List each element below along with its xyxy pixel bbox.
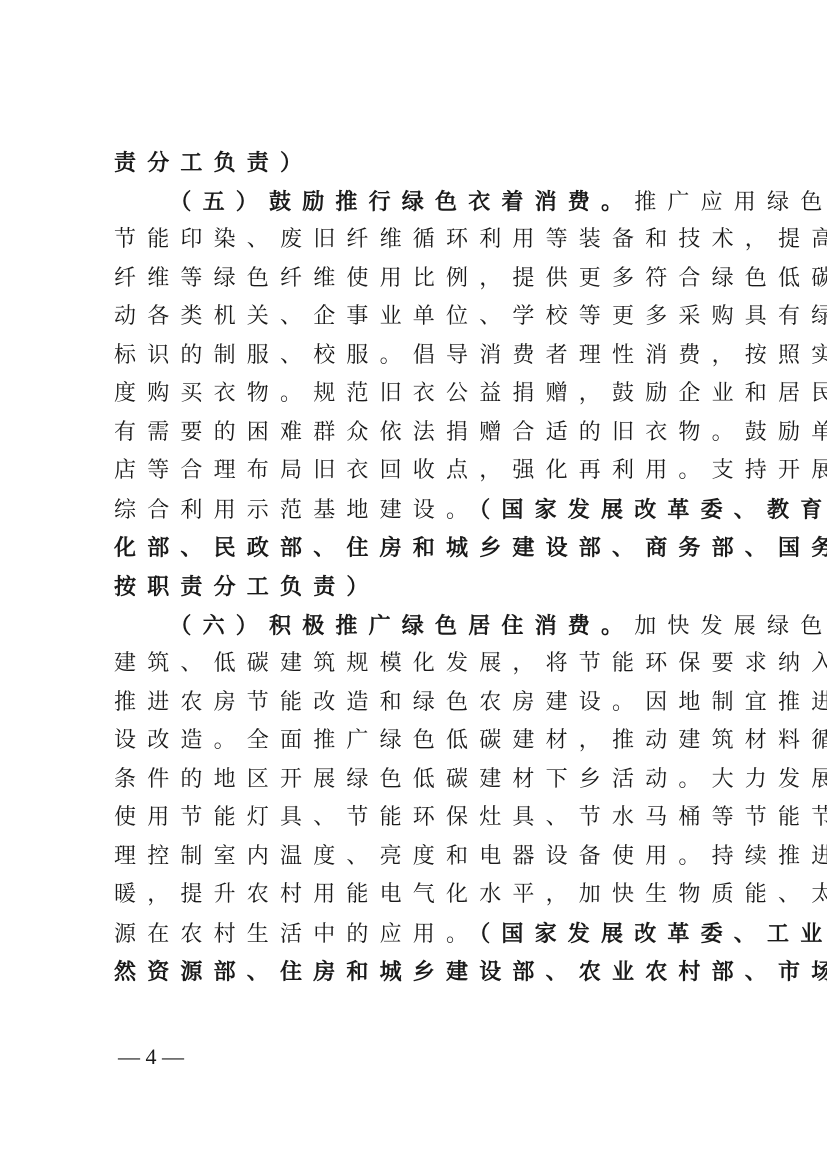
text-line: 有需要的困难群众依法捐赠合适的旧衣物。鼓励单位、小区、服装	[114, 414, 714, 453]
heading-run: （五）鼓励推行绿色衣着消费。	[114, 189, 634, 215]
text-run: 度购买衣物。规范旧衣公益捐赠，鼓励企业和居民通过慈善组织向	[114, 381, 827, 406]
text-run: 暖，提升农村用能电气化水平，加快生物质能、太阳能等可再生能	[114, 882, 827, 907]
text-run: 源在农村生活中的应用。	[114, 922, 479, 947]
heading-run: （六）积极推广绿色居住消费。	[114, 613, 634, 639]
text-line: 然资源部、住房和城乡建设部、农业农村部、市场监管总局、国家	[114, 953, 714, 992]
text-run: 节能印染、废旧纤维循环利用等装备和技术，提高循环再利用化学	[114, 227, 827, 252]
responsibility-run: 化部、民政部、住房和城乡建设部、商务部、国务院国资委等部门	[114, 535, 827, 561]
text-line: 化部、民政部、住房和城乡建设部、商务部、国务院国资委等部门	[114, 529, 714, 568]
text-line: 店等合理布局旧衣回收点，强化再利用。支持开展废旧纺织品服装	[114, 452, 714, 491]
text-run: 建筑、低碳建筑规模化发展，将节能环保要求纳入老旧小区改造。	[114, 651, 827, 676]
text-line: 动各类机关、企事业单位、学校等更多采购具有绿色低碳相关认证	[114, 298, 714, 337]
text-line: 综合利用示范基地建设。（国家发展改革委、教育部、工业和信息	[114, 491, 714, 530]
text-line: 按职责分工负责）	[114, 568, 714, 607]
text-run: 标识的制服、校服。倡导消费者理性消费，按照实际需要合理、适	[114, 343, 827, 368]
text-line: 设改造。全面推广绿色低碳建材，推动建筑材料循环利用，鼓励有	[114, 722, 714, 761]
text-run: 加快发展绿色建造。推动绿色	[634, 614, 827, 639]
text-run: 推广应用绿色纤维制备、高效	[634, 190, 827, 215]
text-line: 条件的地区开展绿色低碳建材下乡活动。大力发展绿色家装。鼓励	[114, 761, 714, 800]
text-run: 综合利用示范基地建设。	[114, 498, 479, 523]
text-run: 责分工负责）	[114, 150, 313, 176]
responsibility-run: （国家发展改革委、教育部、工业和信息	[479, 497, 827, 523]
text-run: 纤维等绿色纤维使用比例，提供更多符合绿色低碳要求的服装。推	[114, 266, 827, 291]
text-line: 理控制室内温度、亮度和电器设备使用。持续推进农村地区清洁取	[114, 838, 714, 877]
text-run: 动各类机关、企事业单位、学校等更多采购具有绿色低碳相关认证	[114, 304, 827, 329]
document-body: 责分工负责） （五）鼓励推行绿色衣着消费。推广应用绿色纤维制备、高效 节能印染、…	[114, 144, 714, 992]
text-run: 店等合理布局旧衣回收点，强化再利用。支持开展废旧纺织品服装	[114, 458, 827, 483]
text-line: 使用节能灯具、节能环保灶具、节水马桶等节能节水产品。倡导合	[114, 799, 714, 838]
text-line: 纤维等绿色纤维使用比例，提供更多符合绿色低碳要求的服装。推	[114, 260, 714, 299]
text-line: 暖，提升农村用能电气化水平，加快生物质能、太阳能等可再生能	[114, 876, 714, 915]
responsibility-run: 按职责分工负责）	[114, 574, 380, 600]
text-line: 建筑、低碳建筑规模化发展，将节能环保要求纳入老旧小区改造。	[114, 645, 714, 684]
text-run: 条件的地区开展绿色低碳建材下乡活动。大力发展绿色家装。鼓励	[114, 767, 827, 792]
section-heading-6: （六）积极推广绿色居住消费。加快发展绿色建造。推动绿色	[114, 607, 714, 646]
text-run: 推进农房节能改造和绿色农房建设。因地制宜推进清洁取暖设施建	[114, 690, 827, 715]
text-run: 使用节能灯具、节能环保灶具、节水马桶等节能节水产品。倡导合	[114, 805, 827, 830]
text-run: 设改造。全面推广绿色低碳建材，推动建筑材料循环利用，鼓励有	[114, 728, 827, 753]
section-heading-5: （五）鼓励推行绿色衣着消费。推广应用绿色纤维制备、高效	[114, 183, 714, 222]
text-line: 标识的制服、校服。倡导消费者理性消费，按照实际需要合理、适	[114, 337, 714, 376]
text-line: 度购买衣物。规范旧衣公益捐赠，鼓励企业和居民通过慈善组织向	[114, 375, 714, 414]
text-line: 源在农村生活中的应用。（国家发展改革委、工业和信息化部、自	[114, 915, 714, 954]
text-run: 有需要的困难群众依法捐赠合适的旧衣物。鼓励单位、小区、服装	[114, 420, 827, 445]
responsibility-run: （国家发展改革委、工业和信息化部、自	[479, 921, 827, 947]
text-line: 责分工负责）	[114, 144, 714, 183]
text-line: 推进农房节能改造和绿色农房建设。因地制宜推进清洁取暖设施建	[114, 684, 714, 723]
text-line: 节能印染、废旧纤维循环利用等装备和技术，提高循环再利用化学	[114, 221, 714, 260]
text-run: 理控制室内温度、亮度和电器设备使用。持续推进农村地区清洁取	[114, 844, 827, 869]
responsibility-run: 然资源部、住房和城乡建设部、农业农村部、市场监管总局、国家	[114, 959, 827, 985]
page-number: — 4 —	[118, 1044, 184, 1070]
